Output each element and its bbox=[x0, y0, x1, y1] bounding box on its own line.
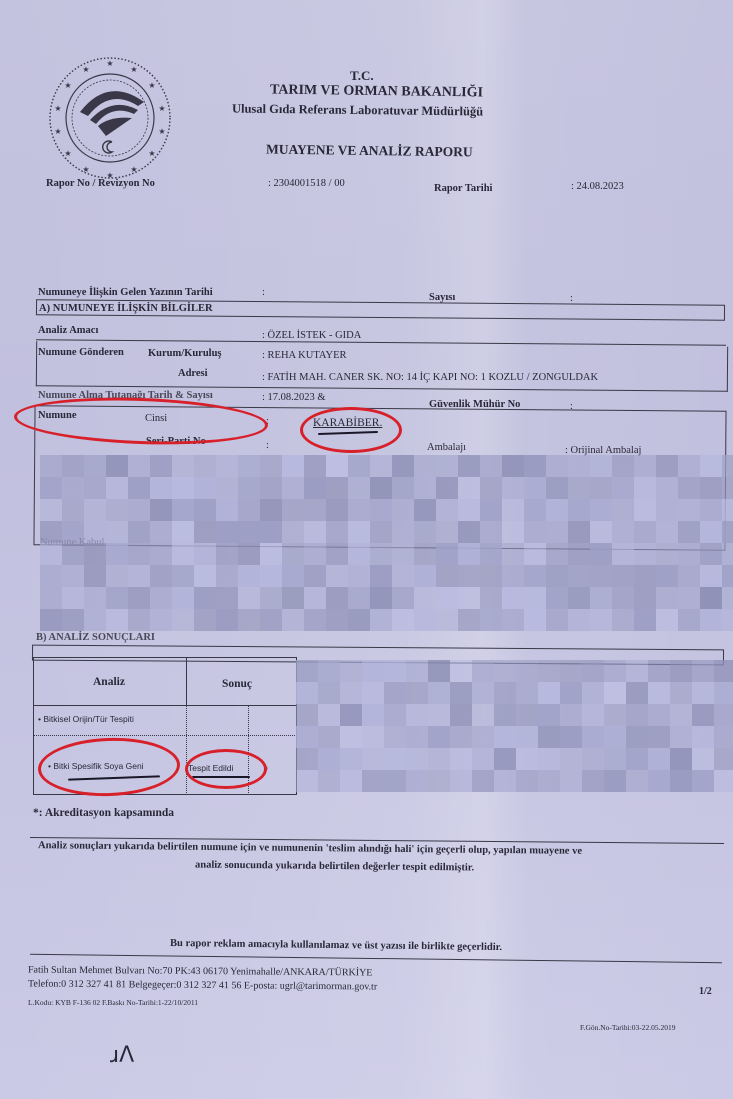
address-label: Adresi bbox=[178, 368, 208, 379]
svg-text:★: ★ bbox=[54, 127, 61, 136]
report-date-value: : 24.08.2023 bbox=[571, 181, 624, 192]
footer-contact: Telefon:0 312 327 41 81 Belgegeçer:0 312… bbox=[28, 978, 377, 992]
highlight-circle bbox=[300, 407, 402, 453]
address-value: : FATİH MAH. CANER SK. NO: 14 İÇ KAPI NO… bbox=[262, 372, 598, 383]
ministry-title: TARIM VE ORMAN BAKANLIĞI bbox=[270, 83, 483, 102]
record-value: : 17.08.2023 & bbox=[262, 392, 326, 403]
letter-date-label: Numuneye İlişkin Gelen Yazının Tarihi bbox=[38, 287, 213, 298]
footer-address: Fatih Sultan Mehmet Bulvarı No:70 PK:43 … bbox=[28, 964, 373, 978]
signature: ɹΛ bbox=[110, 1043, 134, 1068]
institution-value: : REHA KUTAYER bbox=[262, 350, 347, 361]
ministry-seal-icon: ★★★ ★★ ★★ ★★ ★★ ★★★ bbox=[46, 56, 174, 180]
divider bbox=[33, 705, 34, 793]
divider bbox=[33, 735, 297, 736]
sample-record-label: Numune Kabul bbox=[40, 537, 104, 548]
divider bbox=[186, 657, 187, 705]
svg-text:★: ★ bbox=[158, 104, 165, 113]
sender-box bbox=[36, 341, 728, 391]
disclaimer-line2: analiz sonucunda yukarıda belirtilen değ… bbox=[195, 860, 474, 874]
row-analysis: • Bitkisel Orijin/Tür Tespiti bbox=[38, 714, 134, 724]
redacted-block bbox=[40, 455, 730, 630]
svg-text:★: ★ bbox=[106, 59, 113, 68]
page-number: 1/2 bbox=[699, 986, 712, 997]
lot-colon: : bbox=[266, 440, 269, 451]
col-result: Sonuç bbox=[222, 678, 252, 690]
col-analysis: Analiz bbox=[93, 676, 125, 688]
svg-text:★: ★ bbox=[148, 149, 155, 158]
svg-text:★: ★ bbox=[130, 165, 137, 174]
report-no-label: Rapor No / Revizyon No bbox=[46, 178, 155, 189]
disclaimer-line1: Analiz sonuçları yukarıda belirtilen num… bbox=[38, 840, 582, 857]
advert-notice: Bu rapor reklam amacıyla kullanılamaz ve… bbox=[170, 938, 502, 953]
form-revision: F.Gön.No-Tarihi:03-22.05.2019 bbox=[580, 1023, 676, 1032]
divider bbox=[33, 705, 297, 706]
svg-text:★: ★ bbox=[64, 149, 71, 158]
divider bbox=[30, 954, 722, 964]
accreditation-note: *: Akreditasyon kapsamında bbox=[33, 807, 174, 819]
doc-code: L.Kodu: KYB F-136 02 F.Baskı No-Tarihi:1… bbox=[28, 998, 198, 1007]
svg-text:★: ★ bbox=[130, 65, 137, 74]
purpose-label: Analiz Amacı bbox=[38, 325, 98, 336]
section-a-title: A) NUMUNEYE İLİŞKİN BİLGİLER bbox=[39, 303, 213, 314]
sender-label: Numune Gönderen bbox=[38, 347, 124, 358]
svg-text:★: ★ bbox=[54, 104, 61, 113]
svg-text:★: ★ bbox=[158, 127, 165, 136]
report-title: MUAYENE VE ANALİZ RAPORU bbox=[266, 142, 473, 161]
package-label: Ambalajı bbox=[427, 442, 466, 453]
divider bbox=[186, 705, 187, 793]
count-label: Sayısı bbox=[429, 292, 455, 303]
svg-text:★: ★ bbox=[148, 81, 155, 90]
redacted-block bbox=[296, 660, 724, 792]
highlight-circle bbox=[185, 749, 267, 789]
report-no-value: : 2304001518 / 00 bbox=[268, 178, 345, 189]
directorate-title: Ulusal Gıda Referans Laboratuvar Müdürlü… bbox=[232, 101, 483, 119]
country-label: T.C. bbox=[350, 68, 374, 84]
svg-text:★: ★ bbox=[82, 65, 89, 74]
letter-date-value: : bbox=[262, 287, 265, 298]
count-value: : bbox=[570, 293, 573, 304]
svg-text:★: ★ bbox=[82, 165, 89, 174]
purpose-value: : ÖZEL İSTEK - GIDA bbox=[262, 330, 361, 341]
institution-label: Kurum/Kuruluş bbox=[148, 348, 222, 359]
svg-text:★: ★ bbox=[64, 81, 71, 90]
report-date-label: Rapor Tarihi bbox=[434, 183, 492, 194]
document-page: ★★★ ★★ ★★ ★★ ★★ ★★★ T.C. TARIM VE ORMAN … bbox=[0, 0, 733, 1099]
section-b-title: B) ANALİZ SONUÇLARI bbox=[36, 632, 155, 643]
